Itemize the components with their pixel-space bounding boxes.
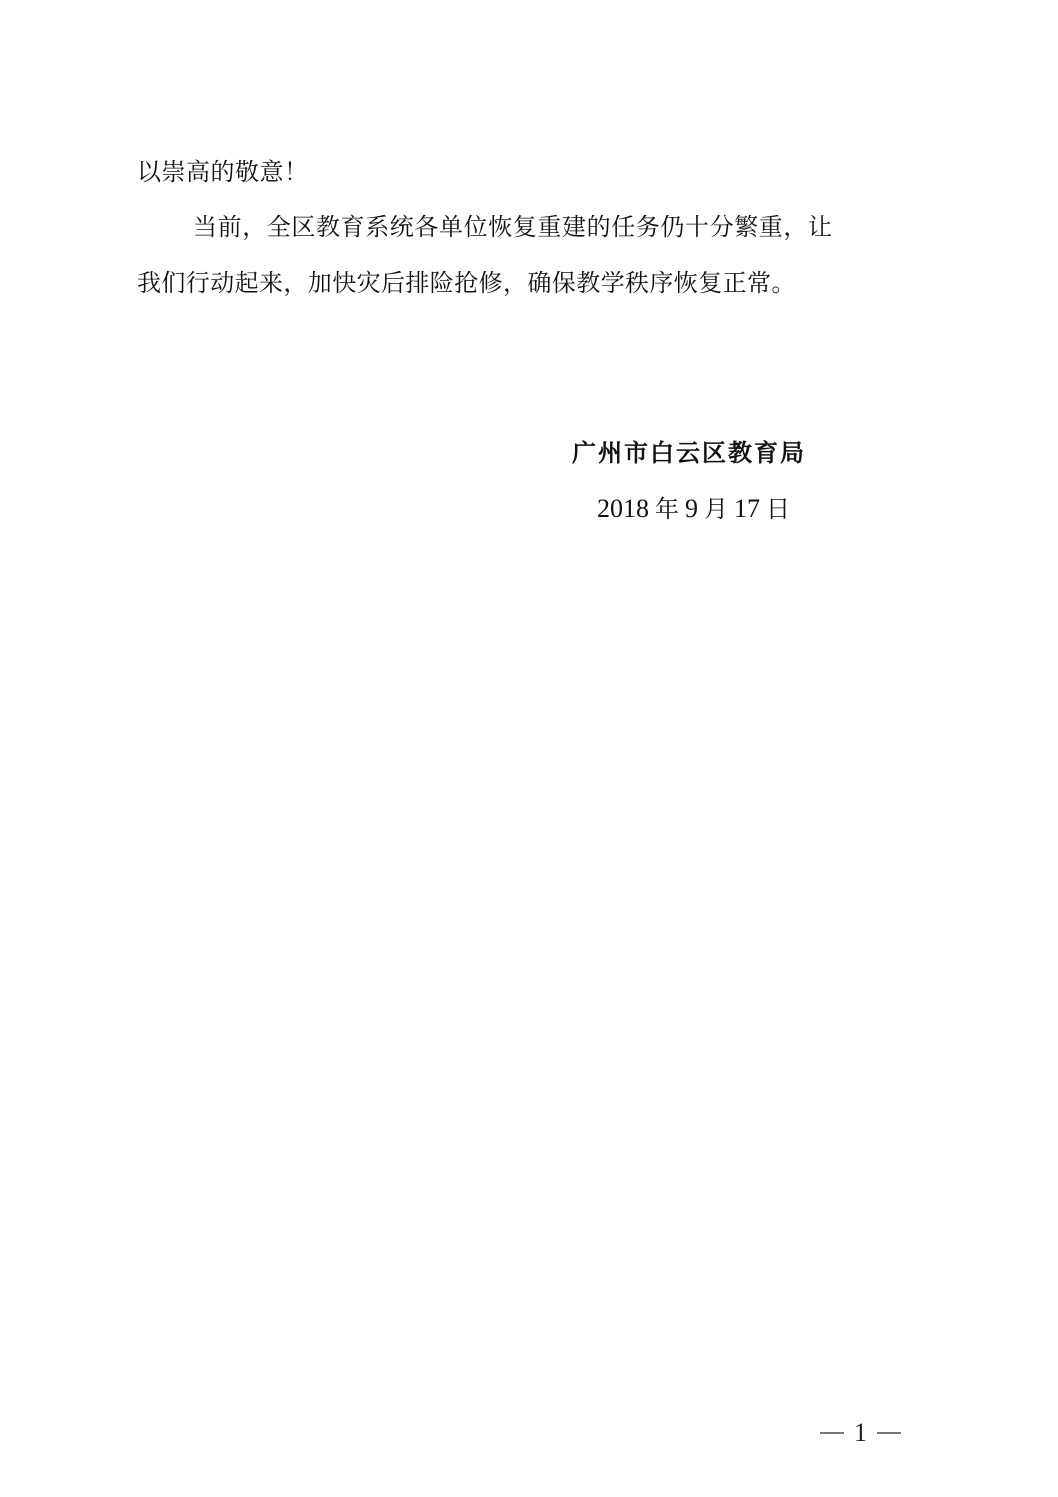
date-year: 2018	[597, 494, 649, 523]
date-day-unit: 日	[766, 495, 790, 523]
date-year-unit: 年	[655, 495, 679, 523]
dash-right	[877, 1432, 901, 1434]
page-footer: 1	[820, 1418, 901, 1448]
body-text-line-3: 我们行动起来，加快灾后排险抢修，确保教学秩序恢复正常。	[137, 268, 796, 298]
signature-organization: 广州市白云区教育局	[572, 438, 806, 468]
signature-date: 2018年9月17日	[597, 494, 796, 524]
date-month: 9	[685, 494, 698, 523]
document-page: 以崇高的敬意！ 当前，全区教育系统各单位恢复重建的任务仍十分繁重，让 我们行动起…	[0, 0, 1058, 1497]
body-text-line-2: 当前，全区教育系统各单位恢复重建的任务仍十分繁重，让	[193, 212, 833, 242]
page-number: 1	[854, 1418, 867, 1448]
date-month-unit: 月	[704, 495, 728, 523]
dash-left	[820, 1432, 844, 1434]
date-day: 17	[734, 494, 760, 523]
body-text-line-1: 以崇高的敬意！	[137, 157, 309, 187]
